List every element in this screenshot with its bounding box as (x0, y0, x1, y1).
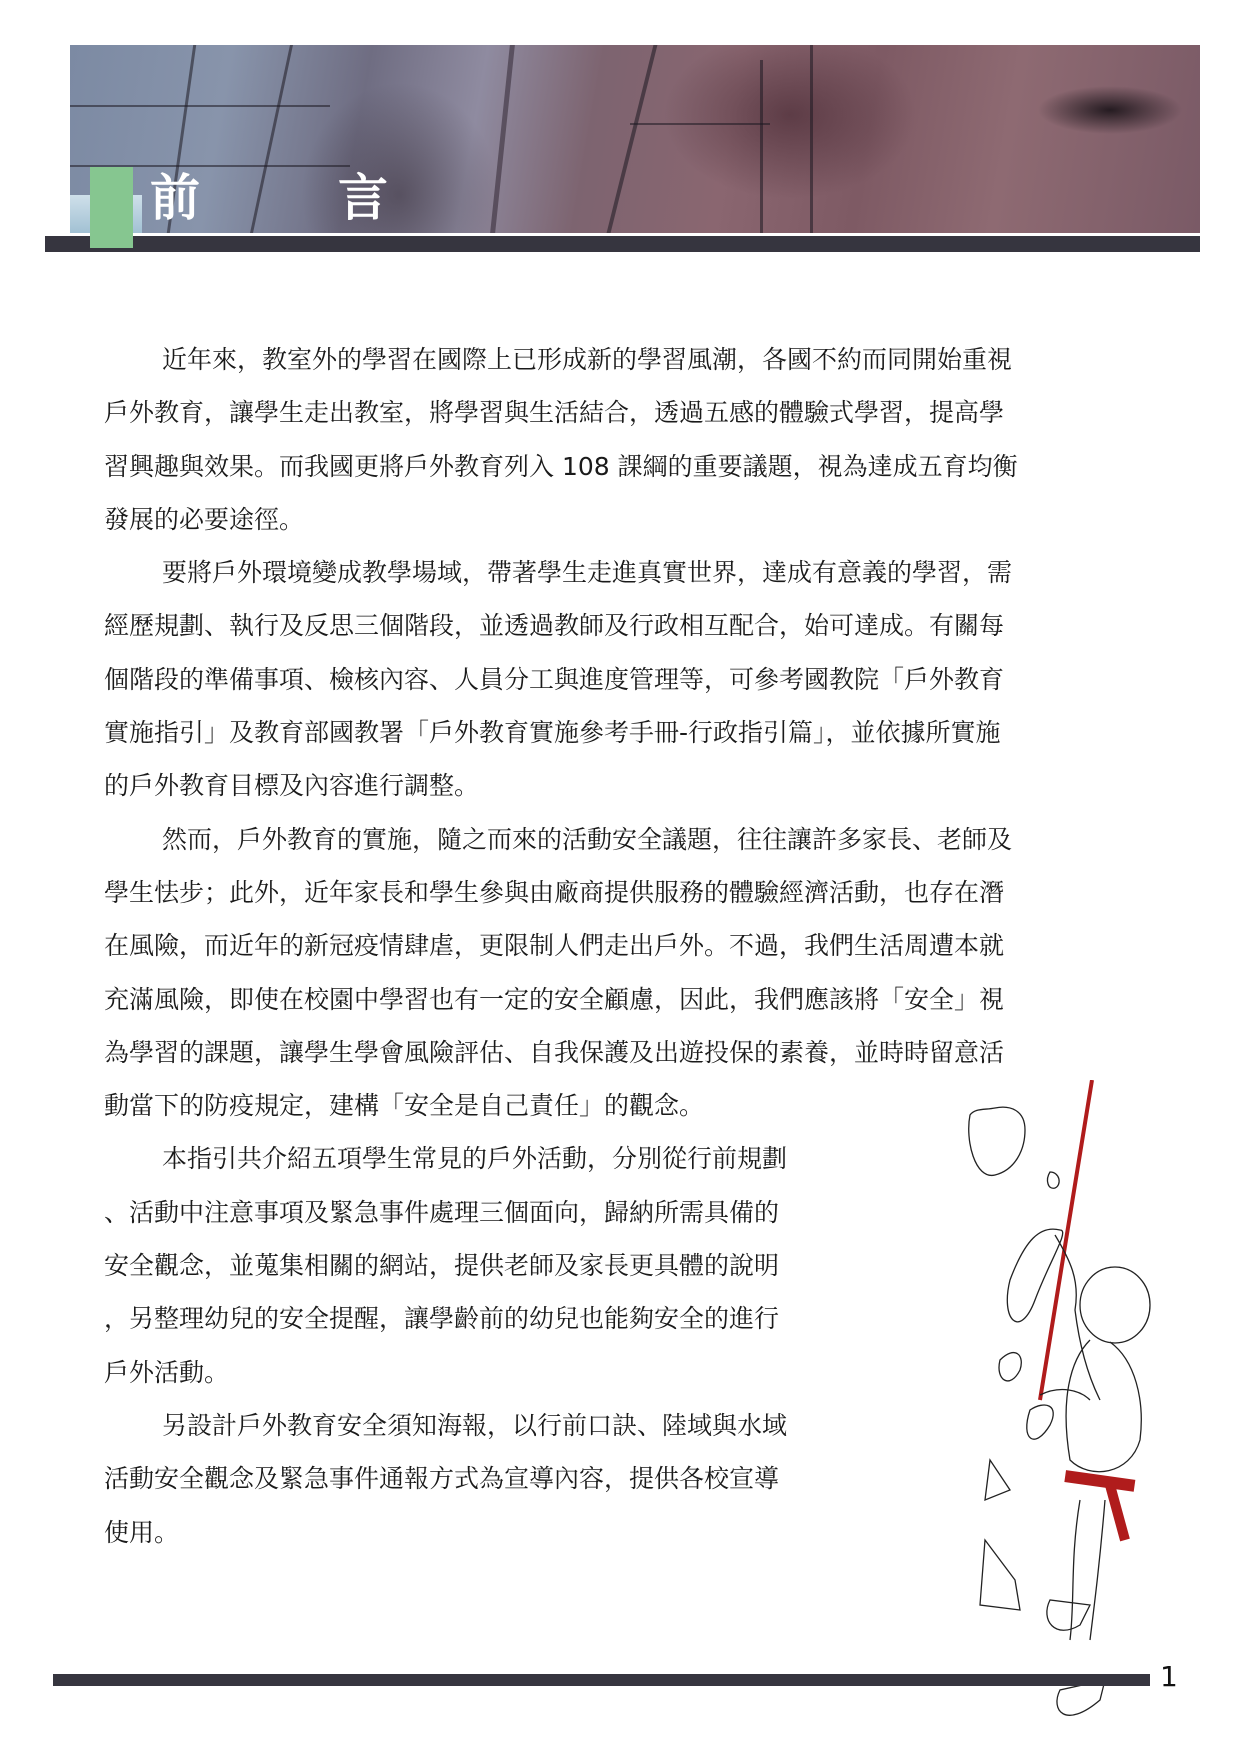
text-line: 發展的必要途徑。 (104, 505, 304, 534)
climber-head (1080, 1267, 1150, 1343)
climbing-hold (969, 1107, 1025, 1175)
text-line: 動當下的防疫規定，建構「安全是自己責任」的觀念。 (104, 1091, 704, 1120)
text-line: 學生怯步；此外，近年家長和學生參與由廠商提供服務的體驗經濟活動，也存在潛 (104, 878, 1004, 907)
climbing-hold (1048, 1172, 1060, 1188)
text-line: 實施指引」及教育部國教署「戶外教育實施參考手冊-行政指引篇」，並依據所實施 (104, 718, 1001, 747)
page-number: 1 (1160, 1660, 1178, 1693)
text-line: 習興趣與效果。而我國更將戶外教育列入 108 課綱的重要議題，視為達成五育均衡 (104, 452, 1018, 481)
text-line: 為學習的課題，讓學生學會風險評估、自我保護及出遊投保的素養，並時時留意活 (104, 1038, 1004, 1067)
rock-crack (630, 123, 770, 125)
climber-leg (1090, 1500, 1105, 1640)
text-line: 使用。 (104, 1518, 179, 1547)
text-line: 充滿風險，即使在校園中學習也有一定的安全顧慮，因此，我們應該將「安全」視 (104, 985, 1004, 1014)
text-line: 另設計戶外教育安全須知海報，以行前口訣、陸域與水域 (104, 1399, 787, 1452)
text-line: 戶外活動。 (104, 1358, 229, 1387)
climber-illustration (940, 1080, 1170, 1740)
text-line: 安全觀念，並蒐集相關的網站，提供老師及家長更具體的說明 (104, 1251, 779, 1280)
footer-bar (53, 1674, 1150, 1686)
climbing-hold (999, 1353, 1021, 1381)
text-line: 活動安全觀念及緊急事件通報方式為宣導內容，提供各校宣導 (104, 1464, 779, 1493)
paragraph-intro: 近年來，教室外的學習在國際上已形成新的學習風潮，各國不約而同開始重視 戶外教育，… (104, 333, 1144, 546)
page-title: 前 言 (150, 168, 432, 228)
climbing-hold (980, 1540, 1020, 1610)
rock-crack (810, 45, 813, 233)
climber-leg (1070, 1500, 1080, 1640)
section-accent-tab (90, 167, 133, 248)
text-line: 近年來，教室外的學習在國際上已形成新的學習風潮，各國不約而同開始重視 (104, 333, 1012, 386)
text-line: 、活動中注意事項及緊急事件處理三個面向，歸納所需具備的 (104, 1198, 779, 1227)
text-line: 本指引共介紹五項學生常見的戶外活動，分別從行前規劃 (104, 1132, 787, 1185)
text-line: 在風險，而近年的新冠疫情肆虐，更限制人們走出戶外。不過，我們生活周遭本就 (104, 931, 1004, 960)
rock-crack (607, 45, 658, 233)
rock-crack (70, 105, 330, 107)
header-underline-bar (45, 236, 1200, 252)
climbing-shoe (1047, 1600, 1090, 1630)
text-line: 經歷規劃、執行及反思三個階段，並透過教師及行政相互配合，始可達成。有關每 (104, 611, 1004, 640)
text-line: 個階段的準備事項、檢核內容、人員分工與進度管理等，可參考國教院「戶外教育 (104, 665, 1004, 694)
rock-crack (490, 45, 515, 233)
paragraph-planning: 要將戶外環境變成教學場域，帶著學生走進真實世界，達成有意義的學習，需 經歷規劃、… (104, 546, 1144, 812)
rock-crack (760, 60, 763, 233)
climbing-hold (1027, 1405, 1053, 1439)
text-line: 的戶外教育目標及內容進行調整。 (104, 771, 479, 800)
text-line: ，另整理幼兒的安全提醒，讓學齡前的幼兒也能夠安全的進行 (104, 1304, 779, 1333)
text-line: 然而，戶外教育的實施，隨之而來的活動安全議題，往往讓許多家長、老師及 (104, 813, 1012, 866)
climbing-harness (1064, 1470, 1135, 1492)
climbing-rope (1040, 1080, 1092, 1400)
climber-arm (1040, 1390, 1090, 1400)
paragraph-guide-overview: 本指引共介紹五項學生常見的戶外活動，分別從行前規劃 、活動中注意事項及緊急事件處… (104, 1132, 894, 1398)
climber-body (1066, 1340, 1141, 1472)
harness-strap (1110, 1485, 1125, 1540)
paragraph-poster: 另設計戶外教育安全須知海報，以行前口訣、陸域與水域 活動安全觀念及緊急事件通報方… (104, 1399, 894, 1559)
text-line: 戶外教育，讓學生走出教室，將學習與生活結合，透過五感的體驗式學習，提高學 (104, 398, 1004, 427)
climbing-hold (985, 1460, 1010, 1500)
text-line: 要將戶外環境變成教學場域，帶著學生走進真實世界，達成有意義的學習，需 (104, 546, 1012, 599)
